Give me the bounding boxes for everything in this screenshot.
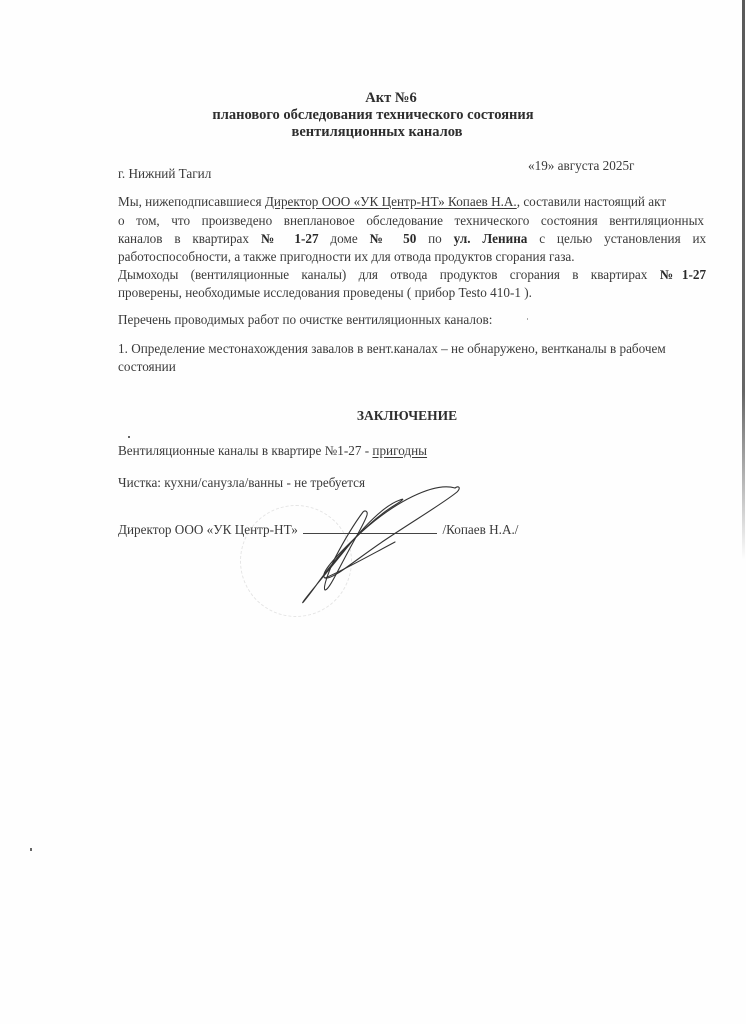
apartments-number: № 1-27	[261, 231, 319, 246]
word: по	[428, 231, 442, 246]
document-page: Акт №6 планового обследования техническо…	[0, 0, 746, 1024]
word: том,	[136, 213, 160, 228]
word: технического	[454, 213, 529, 228]
word: с	[539, 231, 545, 246]
date: «19» августа 2025г	[528, 158, 634, 174]
result-status: пригодны	[372, 443, 427, 458]
intro-line-5: Дымоходы (вентиляционные каналы) для отв…	[118, 267, 706, 283]
conclusion-result: Вентиляционные каналы в квартире №1-27 -…	[118, 443, 427, 459]
word: внеплановое	[284, 213, 355, 228]
word: их	[692, 231, 706, 246]
scan-speck	[30, 848, 32, 851]
intro-line-2: о том, что произведено внеплановое обсле…	[118, 213, 704, 229]
word: состояния	[541, 213, 598, 228]
word: в	[572, 267, 578, 282]
word: обследование	[366, 213, 443, 228]
word: сгорания	[510, 267, 560, 282]
works-item-1-cont: состоянии	[118, 359, 176, 375]
word: для	[359, 267, 378, 282]
conclusion-heading: ЗАКЛЮЧЕНИЕ	[0, 408, 746, 424]
apartments-number: №1-27	[660, 267, 706, 282]
word: доме	[330, 231, 357, 246]
word: отвода	[390, 267, 427, 282]
act-subtitle-line1: планового обследования технического сост…	[0, 107, 746, 124]
intro-line-3: каналов в квартирах № 1-27 доме № 50 по …	[118, 231, 706, 247]
word: продуктов	[440, 267, 498, 282]
word: о	[118, 213, 125, 228]
works-item-1: 1. Определение местонахождения завалов в…	[118, 341, 666, 357]
word: целью	[557, 231, 592, 246]
city: г. Нижний Тагил	[118, 166, 211, 182]
result-text: Вентиляционные каналы в квартире №1-27 -	[118, 443, 372, 458]
house-number: № 50	[370, 231, 417, 246]
scan-speck	[128, 436, 130, 438]
intro-text-b: , составили настоящий акт	[517, 194, 666, 209]
word: вентиляционных	[609, 213, 704, 228]
word: установления	[604, 231, 681, 246]
word: в	[174, 231, 180, 246]
street-name: Ленина	[482, 231, 527, 246]
street-prefix: ул.	[454, 231, 471, 246]
word: (вентиляционные	[191, 267, 289, 282]
act-number: Акт №6	[0, 90, 746, 107]
word: каналов	[118, 231, 163, 246]
intro-text-a: Мы, нижеподписавшиеся	[118, 194, 265, 209]
works-header: Перечень проводимых работ по очистке вен…	[118, 312, 492, 328]
handwritten-signature-icon	[285, 480, 465, 605]
word: произведено	[202, 213, 273, 228]
word: каналы)	[301, 267, 346, 282]
document-title: Акт №6 планового обследования техническо…	[0, 90, 746, 141]
signatory-underlined: Директор ООО «УК Центр-НТ» Копаев Н.А.	[265, 194, 517, 209]
word: квартирах	[192, 231, 249, 246]
word: что	[171, 213, 190, 228]
intro-line-1: Мы, нижеподписавшиеся Директор ООО «УК Ц…	[118, 194, 666, 210]
intro-line-6: проверены, необходимые исследования пров…	[118, 285, 532, 301]
scan-edge-line	[742, 0, 745, 560]
word: Дымоходы	[118, 267, 178, 282]
intro-line-4: работоспособности, а также пригодности и…	[118, 249, 575, 265]
word: квартирах	[591, 267, 648, 282]
scan-speck	[527, 318, 528, 320]
act-subtitle-line2: вентиляционных каналов	[0, 124, 746, 141]
